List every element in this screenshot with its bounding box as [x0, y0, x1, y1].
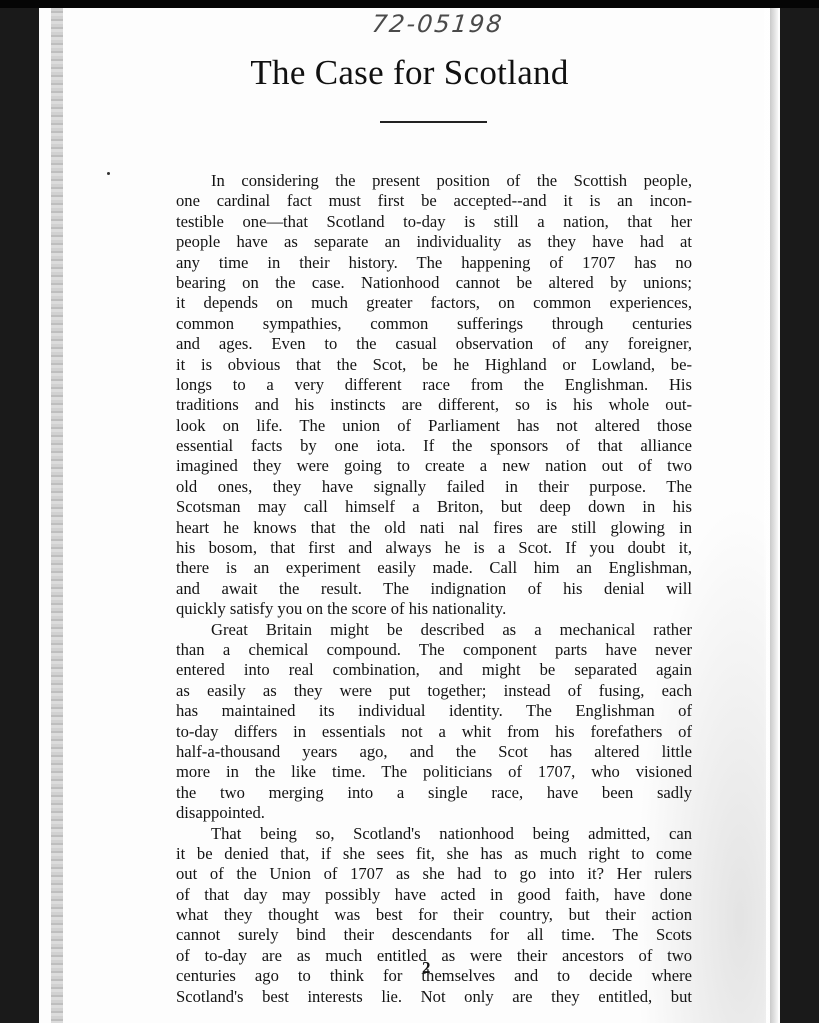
page-number: 2	[422, 958, 431, 978]
text-line: imagined they were going to create a new…	[176, 456, 692, 476]
text-line: it depends on much greater factors, on c…	[176, 293, 692, 313]
text-line: essential facts by one iota. If the spon…	[176, 436, 692, 456]
text-line: heart he knows that the old nati nal fir…	[176, 518, 692, 538]
title-divider	[380, 121, 487, 123]
body-text: In considering the present position of t…	[176, 171, 692, 1007]
text-line: entered into real combination, and might…	[176, 660, 692, 680]
text-line: Great Britain might be described as a me…	[176, 620, 692, 640]
text-line: to-day differs in essentials not a whit …	[176, 722, 692, 742]
handwritten-catalog-number: 72-05198	[371, 10, 514, 38]
text-line: it is obvious that the Scot, be he Highl…	[176, 355, 692, 375]
text-line: disappointed.	[176, 803, 692, 823]
text-line: any time in their history. The happening…	[176, 253, 692, 273]
text-line: more in the like time. The politicians o…	[176, 762, 692, 782]
text-line: it be denied that, if she sees fit, she …	[176, 844, 692, 864]
top-bar	[0, 0, 819, 8]
page-title: The Case for Scotland	[39, 53, 780, 93]
scan-edge-left	[51, 8, 63, 1023]
text-line: testible one—that Scotland to-day is sti…	[176, 212, 692, 232]
text-line: what they thought was best for their cou…	[176, 905, 692, 925]
text-line: there is an experiment easily made. Call…	[176, 558, 692, 578]
text-line: Scotsman may call himself a Briton, but …	[176, 497, 692, 517]
text-line: centuries ago to think for themselves an…	[176, 966, 692, 986]
text-line: In considering the present position of t…	[176, 171, 692, 191]
text-line: of that day may possibly have acted in g…	[176, 885, 692, 905]
text-line: That being so, Scotland's nationhood bei…	[176, 824, 692, 844]
text-line: common sympathies, common sufferings thr…	[176, 314, 692, 334]
text-line: one cardinal fact must first be accepted…	[176, 191, 692, 211]
text-line: as easily as they were put together; ins…	[176, 681, 692, 701]
document-page: 72-05198 The Case for Scotland In consid…	[39, 8, 780, 1023]
text-line: the two merging into a single race, have…	[176, 783, 692, 803]
text-line: his bosom, that first and always he is a…	[176, 538, 692, 558]
text-line: has maintained its individual identity. …	[176, 701, 692, 721]
text-line: than a chemical compound. The component …	[176, 640, 692, 660]
text-line: Scotland's best interests lie. Not only …	[176, 987, 692, 1007]
scan-edge-right	[764, 8, 778, 1023]
text-line: quickly satisfy you on the score of his …	[176, 599, 692, 619]
text-line: of to-day are as much entitled as were t…	[176, 946, 692, 966]
text-line: out of the Union of 1707 as she had to g…	[176, 864, 692, 884]
text-line: bearing on the case. Nationhood cannot b…	[176, 273, 692, 293]
title-text: The Case for Scotland	[250, 53, 568, 92]
paragraph-3: That being so, Scotland's nationhood bei…	[176, 824, 692, 1008]
text-line: people have as separate an individuality…	[176, 232, 692, 252]
paragraph-2: Great Britain might be described as a me…	[176, 620, 692, 824]
text-line: traditions and his instincts are differe…	[176, 395, 692, 415]
text-line: half-a-thousand years ago, and the Scot …	[176, 742, 692, 762]
text-line: longs to a very different race from the …	[176, 375, 692, 395]
paragraph-1: In considering the present position of t…	[176, 171, 692, 620]
margin-mark	[107, 172, 110, 175]
text-line: cannot surely bind their descendants for…	[176, 925, 692, 945]
text-line: old ones, they have signally failed in t…	[176, 477, 692, 497]
text-line: and await the result. The indignation of…	[176, 579, 692, 599]
text-line: look on life. The union of Parliament ha…	[176, 416, 692, 436]
text-line: and ages. Even to the casual observation…	[176, 334, 692, 354]
